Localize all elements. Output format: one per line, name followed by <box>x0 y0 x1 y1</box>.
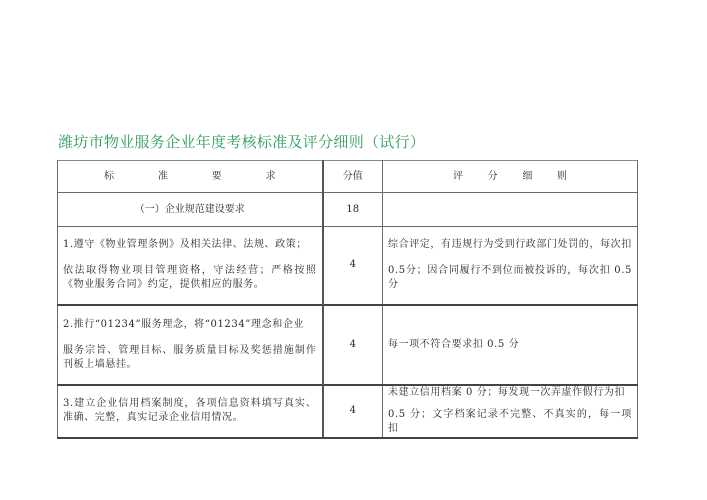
standard-cell: 2.推行“01234”服务理念，将“01234”理念和企业 服务宗旨、管理目标、… <box>58 305 323 385</box>
standard-text: 1.遵守《物业管理条例》及相关法律、法规、政策； <box>63 238 317 252</box>
header-char: 则 <box>557 170 567 184</box>
standard-text: 3.建立企业信用档案制度，各项信息资料填写真实、准确、完整，真实记录企业信用情况… <box>63 397 317 425</box>
header-char: 细 <box>522 170 532 184</box>
rules-text: 每一项不符合要求扣 0.5 分 <box>388 338 632 352</box>
rules-text: 综合评定，有违规行为受到行政部门处罚的，每次扣 <box>388 238 632 252</box>
table-row: 1.遵守《物业管理条例》及相关法律、法规、政策； 依法取得物业项目管理资格，守法… <box>58 227 638 305</box>
section-rules <box>383 193 638 227</box>
header-score: 分值 <box>323 161 383 193</box>
score-cell: 4 <box>323 305 383 385</box>
standard-text: 依法取得物业项目管理资格，守法经营；严格按照《物业服务合同》约定，提供相应的服务… <box>63 264 317 292</box>
standard-cell: 1.遵守《物业管理条例》及相关法律、法规、政策； 依法取得物业项目管理资格，守法… <box>58 227 323 305</box>
standard-text: 2.推行“01234”服务理念，将“01234”理念和企业 <box>63 318 317 332</box>
rules-text: 0.5 分；文字档案记录不完整、不真实的，每一项扣 <box>388 408 632 436</box>
header-rules: 评 分 细 则 <box>383 161 638 193</box>
document-title: 潍坊市物业服务企业年度考核标准及评分细则（试行） <box>58 131 425 152</box>
section-score: 18 <box>323 193 383 227</box>
section-label: （一）企业规范建设要求 <box>58 193 323 227</box>
rules-cell: 综合评定，有违规行为受到行政部门处罚的，每次扣 0.5分；因合同履行不到位而被投… <box>383 227 638 305</box>
rules-cell: 未建立信用档案 0 分；每发现一次弄虚作假行为扣 0.5 分；文字档案记录不完整… <box>383 385 638 438</box>
table-row: 2.推行“01234”服务理念，将“01234”理念和企业 服务宗旨、管理目标、… <box>58 305 638 385</box>
header-char: 要 <box>212 170 222 184</box>
rules-text: 未建立信用档案 0 分；每发现一次弄虚作假行为扣 <box>388 386 632 400</box>
header-standard: 标 准 要 求 <box>58 161 323 193</box>
scoring-table: 标 准 要 求 分值 评 分 细 则 （一）企业规范建设要求 18 1.遵守《物… <box>57 160 638 439</box>
rules-cell: 每一项不符合要求扣 0.5 分 <box>383 305 638 385</box>
standard-text: 服务宗旨、管理目标、服务质量目标及奖惩措施制作刊板上墙悬挂。 <box>63 344 317 372</box>
header-char: 求 <box>265 170 275 184</box>
header-char: 评 <box>453 170 463 184</box>
score-cell: 4 <box>323 385 383 438</box>
rules-text: 0.5分；因合同履行不到位而被投诉的，每次扣 0.5分 <box>388 264 632 292</box>
table-row: 3.建立企业信用档案制度，各项信息资料填写真实、准确、完整，真实记录企业信用情况… <box>58 385 638 438</box>
header-char: 分 <box>488 170 498 184</box>
table-header-row: 标 准 要 求 分值 评 分 细 则 <box>58 161 638 193</box>
section-row: （一）企业规范建设要求 18 <box>58 193 638 227</box>
header-char: 标 <box>104 170 114 184</box>
header-char: 准 <box>158 170 168 184</box>
score-cell: 4 <box>323 227 383 305</box>
standard-cell: 3.建立企业信用档案制度，各项信息资料填写真实、准确、完整，真实记录企业信用情况… <box>58 385 323 438</box>
